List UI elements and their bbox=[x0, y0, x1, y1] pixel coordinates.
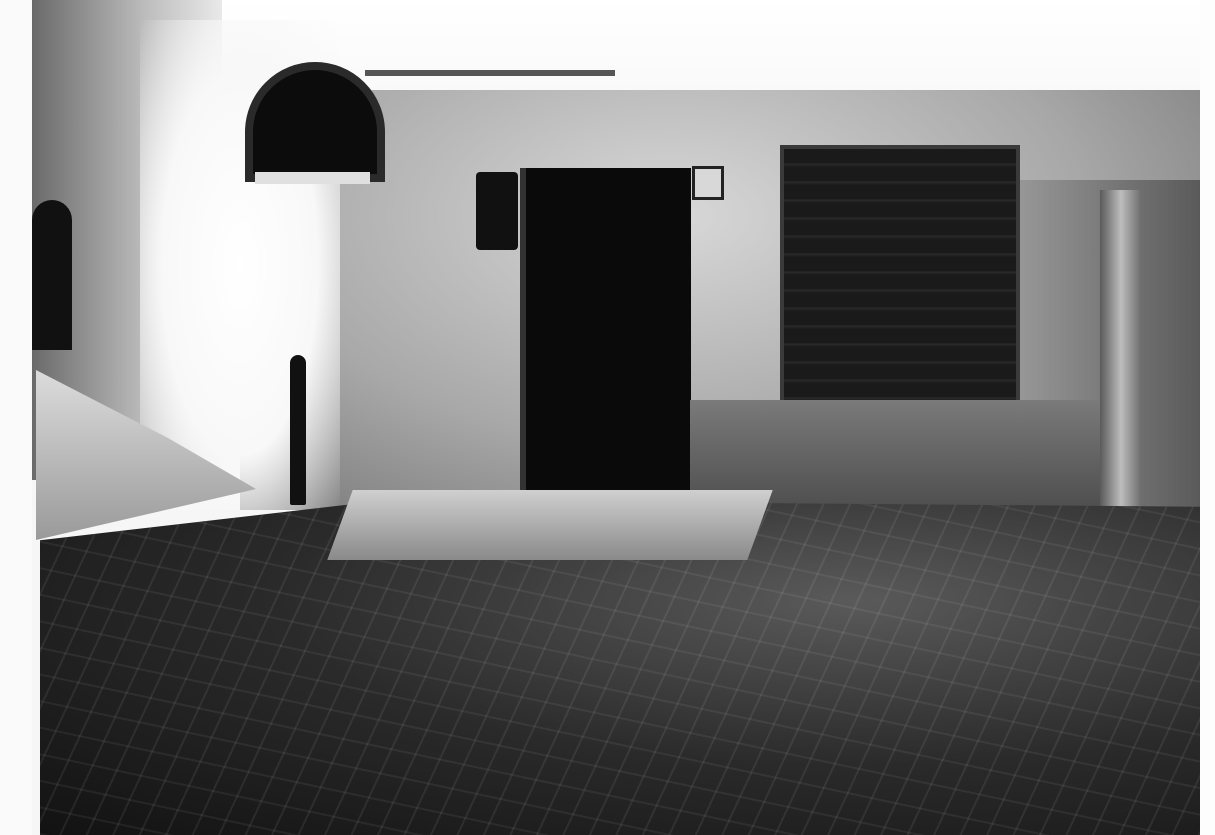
door-step bbox=[327, 490, 772, 560]
left-archway bbox=[32, 200, 72, 350]
bollard bbox=[290, 355, 306, 505]
window-sill bbox=[255, 172, 370, 184]
house-number-plaque bbox=[692, 166, 724, 200]
drainpipe bbox=[1100, 190, 1142, 530]
photo-border bbox=[0, 0, 32, 835]
mailbox bbox=[476, 172, 518, 250]
dark-door bbox=[520, 168, 691, 523]
photo-border-right bbox=[1200, 0, 1215, 835]
wall-bracket-rod bbox=[365, 70, 615, 76]
photograph bbox=[0, 0, 1215, 835]
